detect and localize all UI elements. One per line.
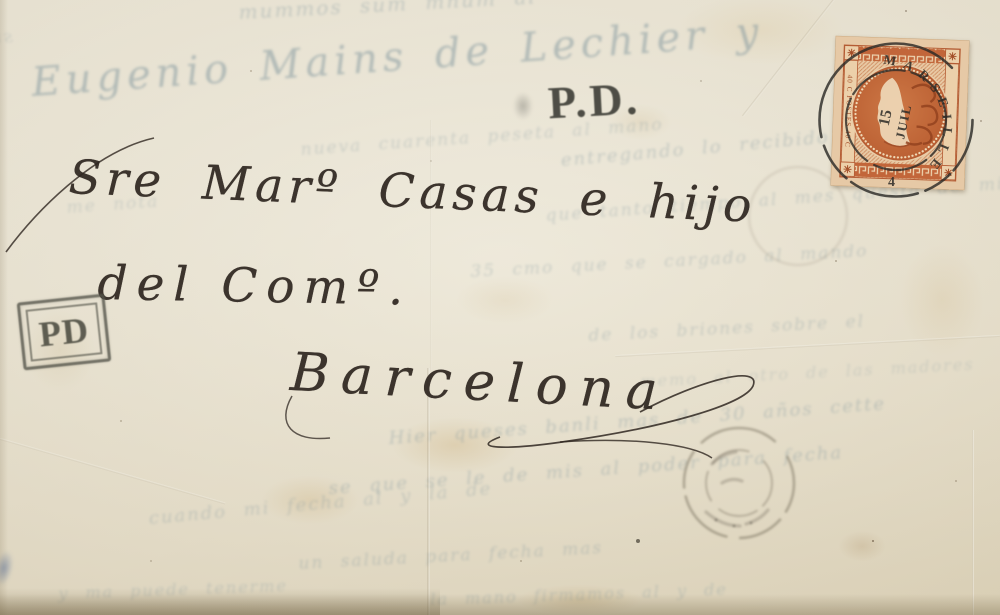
- arrival-datestamp-faint: [676, 420, 802, 546]
- pd-boxed-inner-frame: PD: [25, 302, 102, 361]
- letter-cover-photo: sus manomummos sum mnum alEugenio Mains …: [0, 0, 1000, 615]
- showthrough-line: sus mano: [0, 26, 13, 55]
- showthrough-line: un saluda para fecha mas: [298, 538, 604, 574]
- showthrough-line: memo al otro de las madores: [640, 355, 975, 391]
- showthrough-line: de los briones sobre el: [588, 312, 866, 346]
- showthrough-line: y ma puede tenerme: [58, 576, 288, 603]
- arrival-datestamp-smudges: [706, 452, 768, 526]
- address-line-company: del Comº.: [97, 256, 413, 316]
- paper-speckles: [0, 0, 2, 2]
- marseille-datestamp: MARSEILLE 15 JUIL 4: [810, 34, 994, 210]
- address-line-city: Barcelona: [289, 342, 671, 423]
- showthrough-line: cuando mi fecha al y la de: [148, 478, 493, 529]
- fold-crease-vertical-upper: [430, 120, 432, 370]
- address-line-recipient: Sre Marº Casas e hijo: [68, 150, 758, 234]
- datestamp-index: 4: [888, 175, 895, 190]
- showthrough-line: Eugenio Mains de Lechier y: [30, 9, 765, 106]
- crease-right-edge: [972, 430, 974, 615]
- crease-bottom-left: [0, 434, 225, 505]
- pd-boxed-handstamp: PD: [17, 294, 112, 371]
- blue-ink-smudge: [0, 549, 17, 588]
- showthrough-line: mummos sum mnum al: [238, 0, 537, 24]
- crease-right-middle: [615, 335, 1000, 357]
- ink-smudge: [513, 92, 533, 120]
- datestamp-day: 15: [876, 108, 896, 127]
- showthrough-line: la mano firmamos al y de: [430, 580, 728, 609]
- pd-handstamp: P.D.: [547, 72, 642, 130]
- pd-boxed-letters: PD: [37, 309, 91, 356]
- datestamp-month: JUIL: [892, 103, 914, 141]
- paper-bottom-edge-shadow: [0, 594, 1000, 615]
- paper-bottom-edge-shadow-left: [0, 588, 440, 615]
- paper-left-edge-shade: [0, 0, 8, 615]
